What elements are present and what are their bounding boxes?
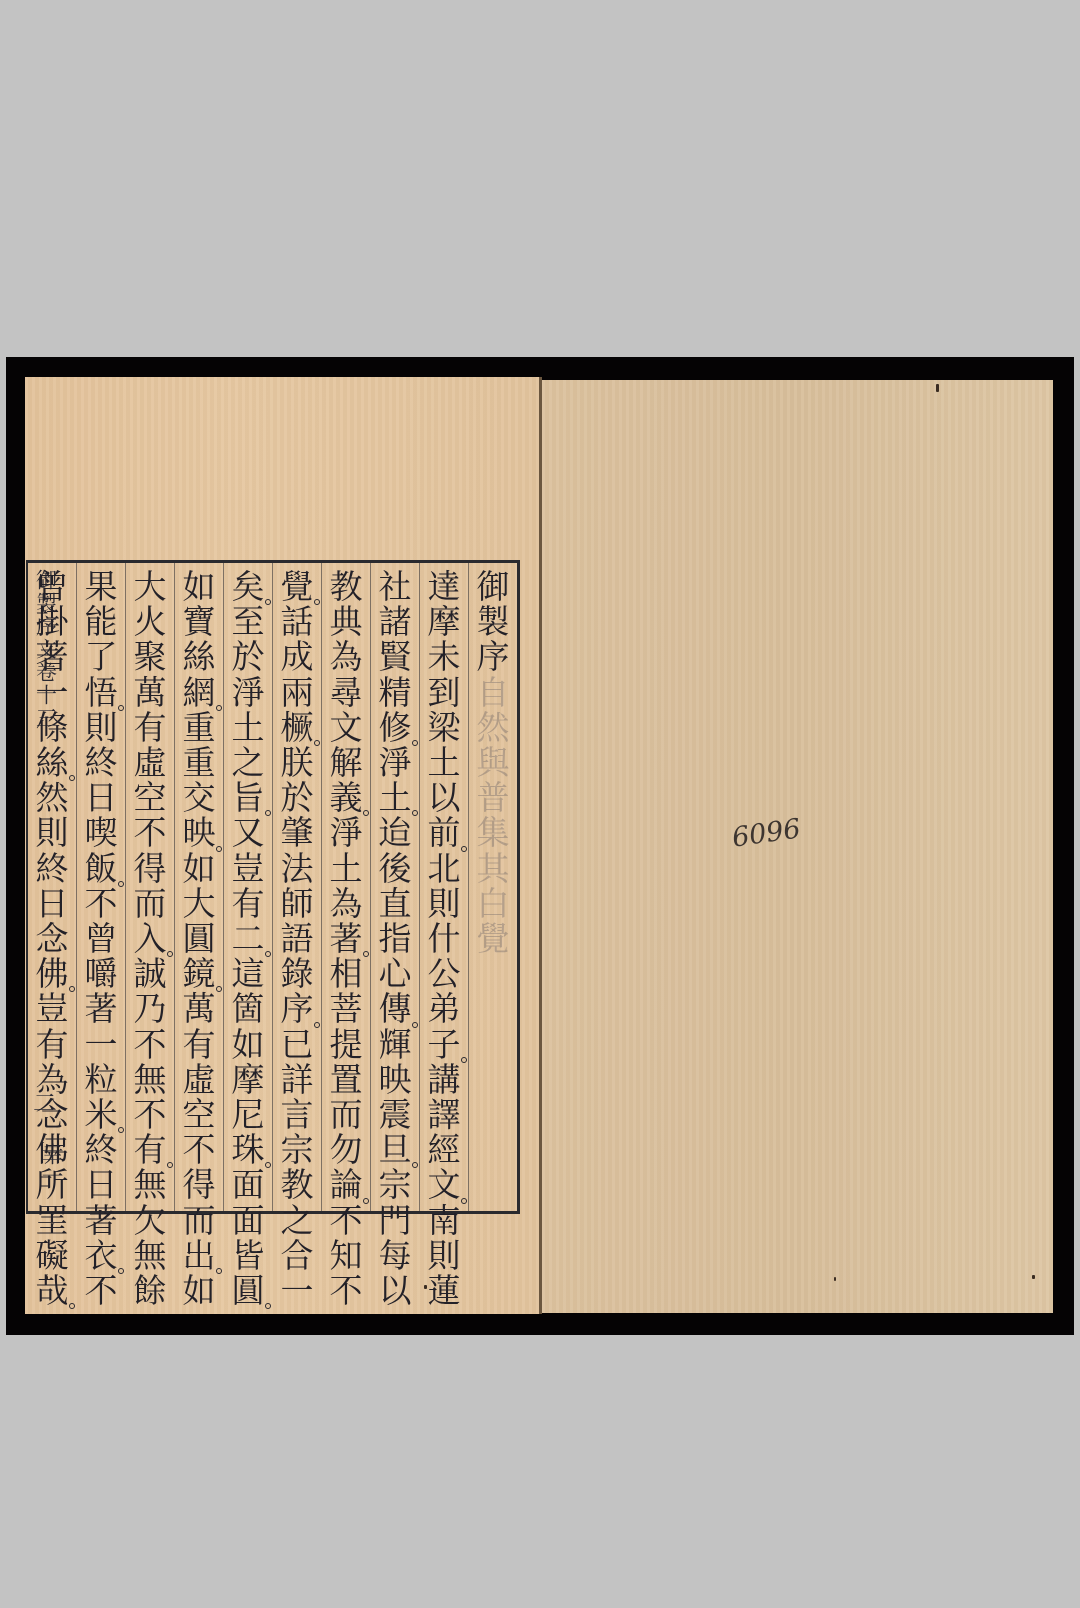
text-character: 圓 bbox=[179, 921, 219, 956]
text-character: 豈 bbox=[228, 851, 268, 886]
text-character: 無 bbox=[130, 1167, 170, 1202]
text-character: 則 bbox=[81, 710, 121, 745]
text-character: 著 bbox=[81, 991, 121, 1026]
text-character: 摩 bbox=[424, 604, 464, 639]
text-character: 勿 bbox=[326, 1132, 366, 1167]
text-character: 萬 bbox=[179, 991, 219, 1026]
text-character: 合 bbox=[277, 1238, 317, 1273]
text-character: 於 bbox=[228, 639, 268, 674]
text-column: 曾掛著一條絲然則終日念佛豈有為念佛所罣礙哉 bbox=[27, 563, 76, 1211]
text-character: 萬 bbox=[130, 675, 170, 710]
text-character: 重 bbox=[179, 710, 219, 745]
text-character: 念 bbox=[32, 1097, 72, 1132]
text-character: 菩 bbox=[326, 991, 366, 1026]
text-character: 如 bbox=[179, 851, 219, 886]
text-character: 入 bbox=[130, 921, 170, 956]
text-character: 二 bbox=[228, 921, 268, 956]
title-character: 製 bbox=[473, 604, 513, 639]
text-character: 師 bbox=[277, 886, 317, 921]
text-character: 語 bbox=[277, 921, 317, 956]
text-character: 嚼 bbox=[81, 956, 121, 991]
text-character: 日 bbox=[32, 886, 72, 921]
text-character: 這 bbox=[228, 956, 268, 991]
text-character: 覺 bbox=[277, 569, 317, 604]
text-character: 而 bbox=[130, 886, 170, 921]
text-character: 欠 bbox=[130, 1203, 170, 1238]
text-character: 後 bbox=[375, 851, 415, 886]
text-character: 土 bbox=[424, 745, 464, 780]
text-character: 錄 bbox=[277, 956, 317, 991]
text-character: 傳 bbox=[375, 991, 415, 1026]
text-character: 念 bbox=[32, 921, 72, 956]
text-character: 面 bbox=[228, 1167, 268, 1202]
text-character: 得 bbox=[130, 851, 170, 886]
text-character: 指 bbox=[375, 921, 415, 956]
text-character: 經 bbox=[424, 1132, 464, 1167]
text-character: 而 bbox=[179, 1203, 219, 1238]
text-character: 不 bbox=[326, 1273, 366, 1308]
text-character: 映 bbox=[375, 1062, 415, 1097]
text-character: 而 bbox=[326, 1097, 366, 1132]
text-character: 著 bbox=[326, 921, 366, 956]
text-character: 論 bbox=[326, 1167, 366, 1202]
text-character: 不 bbox=[326, 1203, 366, 1238]
ink-speck bbox=[1032, 1275, 1035, 1279]
text-character: 子 bbox=[424, 1027, 464, 1062]
text-character: 迨 bbox=[375, 815, 415, 850]
bleed-through-character: 其 bbox=[473, 851, 513, 886]
text-character: 之 bbox=[228, 745, 268, 780]
text-character: 罣 bbox=[32, 1203, 72, 1238]
text-character: 又 bbox=[228, 815, 268, 850]
text-character: 豈 bbox=[32, 991, 72, 1026]
text-column: 如寶絲網重重交映如大圓鏡萬有虛空不得而出如 bbox=[174, 563, 223, 1211]
text-character: 解 bbox=[326, 745, 366, 780]
text-character: 典 bbox=[326, 604, 366, 639]
text-character: 有 bbox=[130, 1132, 170, 1167]
text-character: 所 bbox=[32, 1167, 72, 1202]
text-character: 珠 bbox=[228, 1132, 268, 1167]
text-character: 哉 bbox=[32, 1273, 72, 1308]
text-character: 矣 bbox=[228, 569, 268, 604]
text-character: 尋 bbox=[326, 675, 366, 710]
text-character: 宗 bbox=[375, 1167, 415, 1202]
text-character: 相 bbox=[326, 956, 366, 991]
text-character: 圓 bbox=[228, 1273, 268, 1308]
text-character: 文 bbox=[424, 1167, 464, 1202]
text-character: 文 bbox=[326, 710, 366, 745]
text-character: 則 bbox=[424, 1238, 464, 1273]
text-character: 曾 bbox=[32, 569, 72, 604]
right-page bbox=[542, 380, 1053, 1313]
text-character: 知 bbox=[326, 1238, 366, 1273]
text-character: 南 bbox=[424, 1203, 464, 1238]
text-character: 有 bbox=[32, 1027, 72, 1062]
text-character: 無 bbox=[130, 1062, 170, 1097]
text-character: 則 bbox=[32, 815, 72, 850]
text-character: 如 bbox=[228, 1027, 268, 1062]
text-character: 鏡 bbox=[179, 956, 219, 991]
text-character: 已 bbox=[277, 1027, 317, 1062]
text-character: 土 bbox=[228, 710, 268, 745]
text-character: 梁 bbox=[424, 710, 464, 745]
text-character: 橛 bbox=[277, 710, 317, 745]
text-character: 乃 bbox=[130, 991, 170, 1026]
text-character: 絲 bbox=[32, 745, 72, 780]
text-character: 空 bbox=[130, 780, 170, 815]
text-character: 一 bbox=[81, 1027, 121, 1062]
text-character: 然 bbox=[32, 780, 72, 815]
text-character: 淨 bbox=[326, 815, 366, 850]
bleed-through-character: 與 bbox=[473, 745, 513, 780]
text-character: 果 bbox=[81, 569, 121, 604]
text-character: 不 bbox=[179, 1132, 219, 1167]
text-character: 旦 bbox=[375, 1132, 415, 1167]
bleed-through-character: 覺 bbox=[473, 921, 513, 956]
text-character: 大 bbox=[130, 569, 170, 604]
text-character: 得 bbox=[179, 1167, 219, 1202]
text-character: 賢 bbox=[375, 639, 415, 674]
text-character: 粒 bbox=[81, 1062, 121, 1097]
text-character: 社 bbox=[375, 569, 415, 604]
title-character: 序 bbox=[473, 639, 513, 674]
ink-speck bbox=[834, 1277, 836, 1281]
text-character: 法 bbox=[277, 851, 317, 886]
text-character: 條 bbox=[32, 710, 72, 745]
text-character: 話 bbox=[277, 604, 317, 639]
text-character: 為 bbox=[326, 886, 366, 921]
text-character: 蓮 bbox=[424, 1273, 464, 1308]
text-character: 之 bbox=[277, 1203, 317, 1238]
text-character: 不 bbox=[130, 1027, 170, 1062]
text-character: 講 bbox=[424, 1062, 464, 1097]
text-character: 著 bbox=[32, 639, 72, 674]
text-character: 衣 bbox=[81, 1238, 121, 1273]
text-character: 誠 bbox=[130, 956, 170, 991]
text-character: 前 bbox=[424, 815, 464, 850]
text-character: 有 bbox=[179, 1027, 219, 1062]
text-character: 每 bbox=[375, 1238, 415, 1273]
bleed-through-character: 集 bbox=[473, 815, 513, 850]
text-character: 礙 bbox=[32, 1238, 72, 1273]
text-character: 未 bbox=[424, 639, 464, 674]
text-character: 肇 bbox=[277, 815, 317, 850]
bleed-through-character: 然 bbox=[473, 710, 513, 745]
text-character: 譯 bbox=[424, 1097, 464, 1132]
text-character: 朕 bbox=[277, 745, 317, 780]
text-character: 皆 bbox=[228, 1238, 268, 1273]
text-character: 映 bbox=[179, 815, 219, 850]
text-character: 淨 bbox=[228, 675, 268, 710]
text-character: 佛 bbox=[32, 956, 72, 991]
text-character: 無 bbox=[130, 1238, 170, 1273]
text-character: 交 bbox=[179, 780, 219, 815]
text-character: 尼 bbox=[228, 1097, 268, 1132]
text-character: 了 bbox=[81, 639, 121, 674]
text-character: 以 bbox=[375, 1273, 415, 1308]
text-column: 覺話成兩橛朕於肇法師語錄序已詳言宗教之合一 bbox=[272, 563, 321, 1211]
text-character: 震 bbox=[375, 1097, 415, 1132]
text-character: 出 bbox=[179, 1238, 219, 1273]
text-character: 有 bbox=[130, 710, 170, 745]
text-character: 修 bbox=[375, 710, 415, 745]
text-character: 掛 bbox=[32, 604, 72, 639]
text-character: 空 bbox=[179, 1097, 219, 1132]
text-column: 矣至於淨土之旨又豈有二這箇如摩尼珠面面皆圓 bbox=[223, 563, 272, 1211]
text-character: 教 bbox=[277, 1167, 317, 1202]
text-character: 佛 bbox=[32, 1132, 72, 1167]
text-column: 果能了悟則終日喫飯不曾嚼著一粒米終日著衣不 bbox=[76, 563, 125, 1211]
text-character: 達 bbox=[424, 569, 464, 604]
text-character: 日 bbox=[81, 780, 121, 815]
text-character: 餘 bbox=[130, 1273, 170, 1308]
bleed-through-character: 白 bbox=[473, 886, 513, 921]
text-character: 宗 bbox=[277, 1132, 317, 1167]
text-character: 序 bbox=[277, 991, 317, 1026]
bleed-through-character: 自 bbox=[473, 675, 513, 710]
text-character: 終 bbox=[81, 745, 121, 780]
text-character: 北 bbox=[424, 851, 464, 886]
text-character: 終 bbox=[32, 851, 72, 886]
title-character: 御 bbox=[473, 569, 513, 604]
text-character: 於 bbox=[277, 780, 317, 815]
text-character: 以 bbox=[424, 780, 464, 815]
text-character: 義 bbox=[326, 780, 366, 815]
text-character: 提 bbox=[326, 1027, 366, 1062]
text-character: 曾 bbox=[81, 921, 121, 956]
text-character: 輝 bbox=[375, 1027, 415, 1062]
text-character: 不 bbox=[130, 815, 170, 850]
printed-text-block: 御製序文卷十三 二 幸一 御製序自然與普集其白覺達摩未到梁土以前北則什公弟子講譯… bbox=[26, 560, 520, 1214]
text-character: 虛 bbox=[130, 745, 170, 780]
text-character: 日 bbox=[81, 1167, 121, 1202]
text-character: 火 bbox=[130, 604, 170, 639]
text-character: 米 bbox=[81, 1097, 121, 1132]
text-character: 寶 bbox=[179, 604, 219, 639]
text-character: 能 bbox=[81, 604, 121, 639]
text-character: 悟 bbox=[81, 675, 121, 710]
text-character: 不 bbox=[81, 886, 121, 921]
text-character: 網 bbox=[179, 675, 219, 710]
text-character: 一 bbox=[32, 675, 72, 710]
text-character: 什 bbox=[424, 921, 464, 956]
text-character: 至 bbox=[228, 604, 268, 639]
text-character: 心 bbox=[375, 956, 415, 991]
text-column: 達摩未到梁土以前北則什公弟子講譯經文南則蓮 bbox=[419, 563, 468, 1211]
text-character: 如 bbox=[179, 569, 219, 604]
text-character: 言 bbox=[277, 1097, 317, 1132]
text-column: 教典為尋文解義淨土為著相菩提置而勿論不知不 bbox=[321, 563, 370, 1211]
text-character: 弟 bbox=[424, 991, 464, 1026]
text-character: 土 bbox=[326, 851, 366, 886]
text-character: 有 bbox=[228, 886, 268, 921]
text-character: 聚 bbox=[130, 639, 170, 674]
text-character: 直 bbox=[375, 886, 415, 921]
text-character: 諸 bbox=[375, 604, 415, 639]
text-character: 大 bbox=[179, 886, 219, 921]
text-character: 喫 bbox=[81, 815, 121, 850]
text-character: 淨 bbox=[375, 745, 415, 780]
text-character: 為 bbox=[326, 639, 366, 674]
text-character: 終 bbox=[81, 1132, 121, 1167]
text-character: 教 bbox=[326, 569, 366, 604]
text-character: 飯 bbox=[81, 851, 121, 886]
ink-speck bbox=[936, 384, 939, 392]
text-character: 成 bbox=[277, 639, 317, 674]
text-character: 兩 bbox=[277, 675, 317, 710]
text-character: 如 bbox=[179, 1273, 219, 1308]
text-character: 面 bbox=[228, 1203, 268, 1238]
text-character: 重 bbox=[179, 745, 219, 780]
title-column: 御製序自然與普集其白覺 bbox=[468, 563, 517, 1211]
text-character: 摩 bbox=[228, 1062, 268, 1097]
text-column: 大火聚萬有虛空不得而入誠乃不無不有無欠無餘 bbox=[125, 563, 174, 1211]
bleed-through-character: 普 bbox=[473, 780, 513, 815]
text-character: 為 bbox=[32, 1062, 72, 1097]
text-character: 虛 bbox=[179, 1062, 219, 1097]
text-character: 到 bbox=[424, 675, 464, 710]
text-column: 社諸賢精修淨土迨後直指心傳輝映震旦宗門每以 bbox=[370, 563, 419, 1211]
text-character: 精 bbox=[375, 675, 415, 710]
text-character: 不 bbox=[81, 1273, 121, 1308]
text-character: 絲 bbox=[179, 639, 219, 674]
text-character: 土 bbox=[375, 780, 415, 815]
text-character: 門 bbox=[375, 1203, 415, 1238]
text-character: 旨 bbox=[228, 780, 268, 815]
text-character: 詳 bbox=[277, 1062, 317, 1097]
text-character: 一 bbox=[277, 1273, 317, 1308]
text-character: 公 bbox=[424, 956, 464, 991]
text-character: 著 bbox=[81, 1203, 121, 1238]
text-character: 不 bbox=[130, 1097, 170, 1132]
text-character: 箇 bbox=[228, 991, 268, 1026]
text-character: 置 bbox=[326, 1062, 366, 1097]
text-character: 則 bbox=[424, 886, 464, 921]
